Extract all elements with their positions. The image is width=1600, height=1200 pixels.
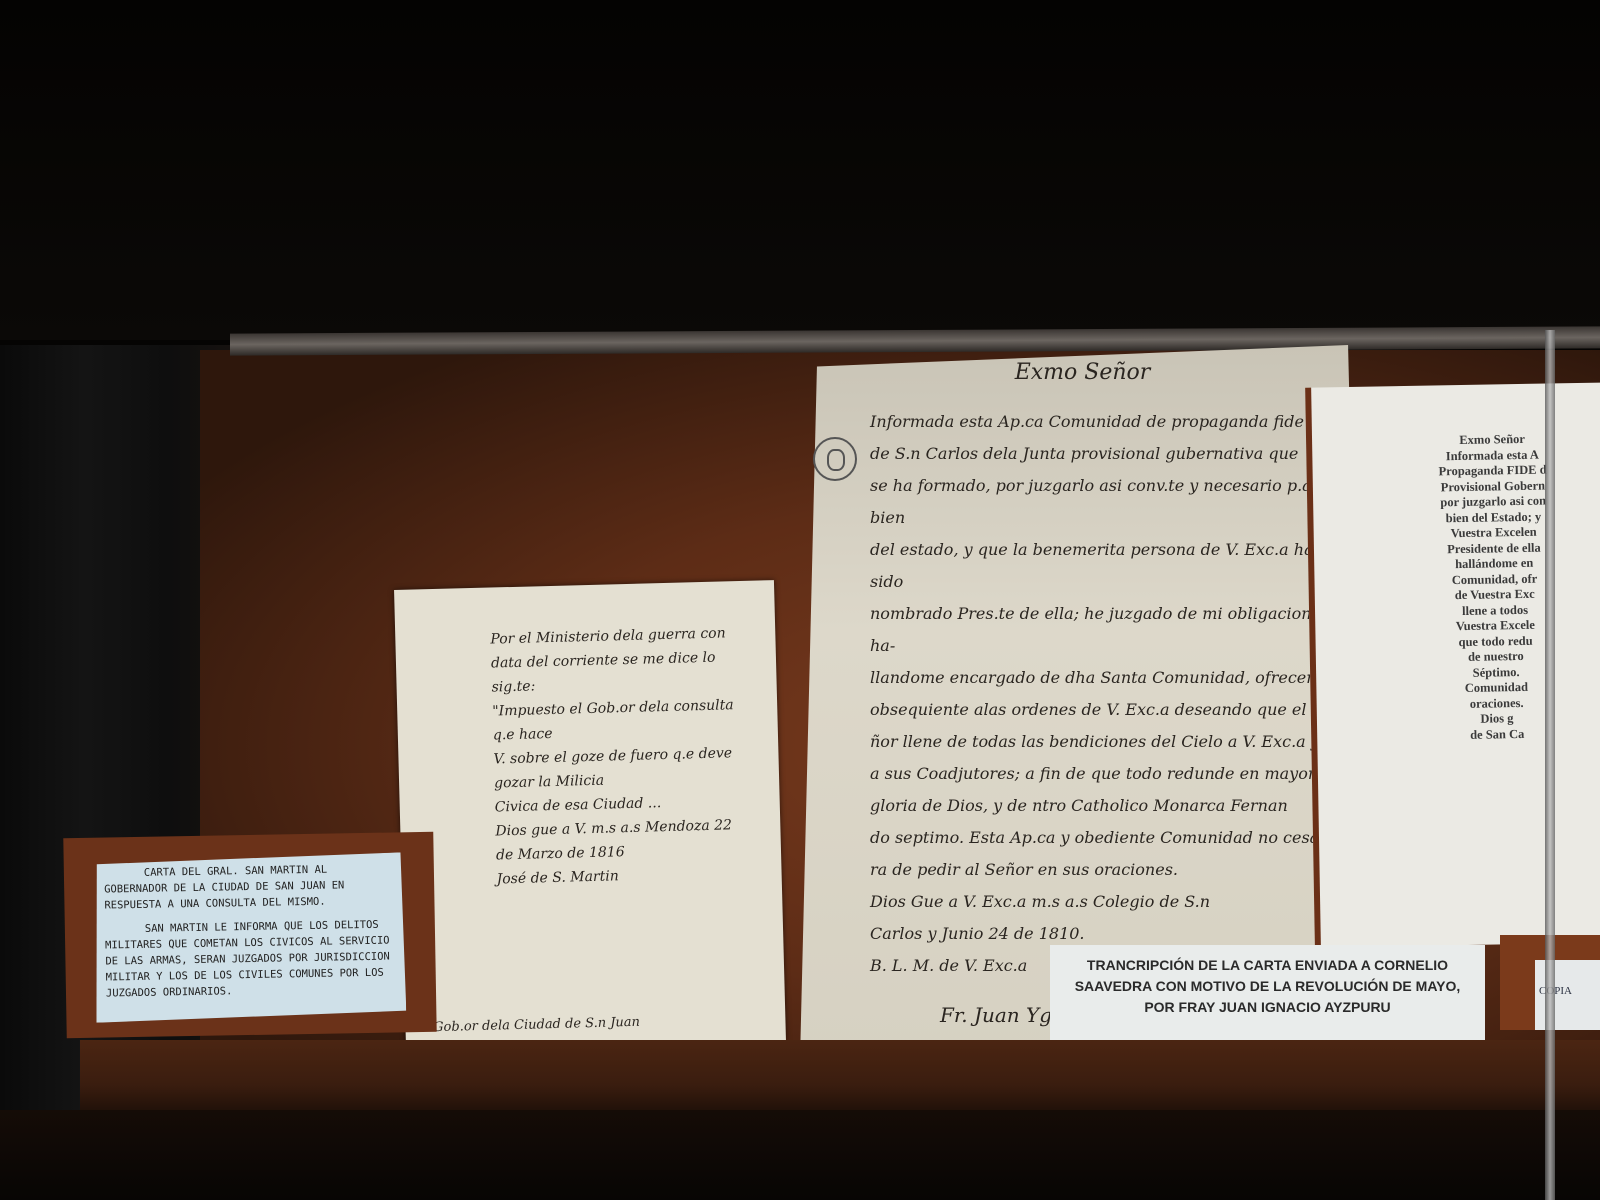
ayzpuru-letter-body: Informada esta Ap.ca Comunidad de propag… (800, 388, 1365, 982)
argentine-seal-icon (813, 437, 857, 481)
glass-panel-edge (1545, 330, 1555, 1200)
shelf-front (0, 1110, 1600, 1200)
label-transcription: TRANCRIPCIÓN DE LA CARTA ENVIADA A CORNE… (1050, 945, 1485, 1043)
display-shelf (80, 1040, 1600, 1115)
label-copia-text: COPIA (1539, 985, 1572, 997)
label-san-martin-p2: SAN MARTIN LE INFORMA QUE LOS DELITOS MI… (105, 916, 396, 1001)
label-san-martin-p1: CARTA DEL GRAL. SAN MARTIN AL GOBERNADOR… (104, 860, 395, 913)
san-martin-letter-text: Por el Ministerio dela guerra con data d… (394, 580, 782, 894)
transcription-lines: Exmo Señor Informada esta A Propaganda F… (1311, 382, 1600, 745)
san-martin-letter: Por el Ministerio dela guerra con data d… (394, 580, 786, 1050)
dark-ceiling-area (0, 0, 1600, 340)
label-san-martin: CARTA DEL GRAL. SAN MARTIN AL GOBERNADOR… (94, 852, 407, 1022)
san-martin-letter-footer: Al Gob.or dela Ciudad de S.n Juan (415, 1007, 640, 1044)
transcription-sheet: Exmo Señor Informada esta A Propaganda F… (1305, 382, 1600, 947)
label-transcription-text: TRANCRIPCIÓN DE LA CARTA ENVIADA A CORNE… (1050, 955, 1485, 1018)
transcription-line: de San Ca (1377, 725, 1600, 745)
